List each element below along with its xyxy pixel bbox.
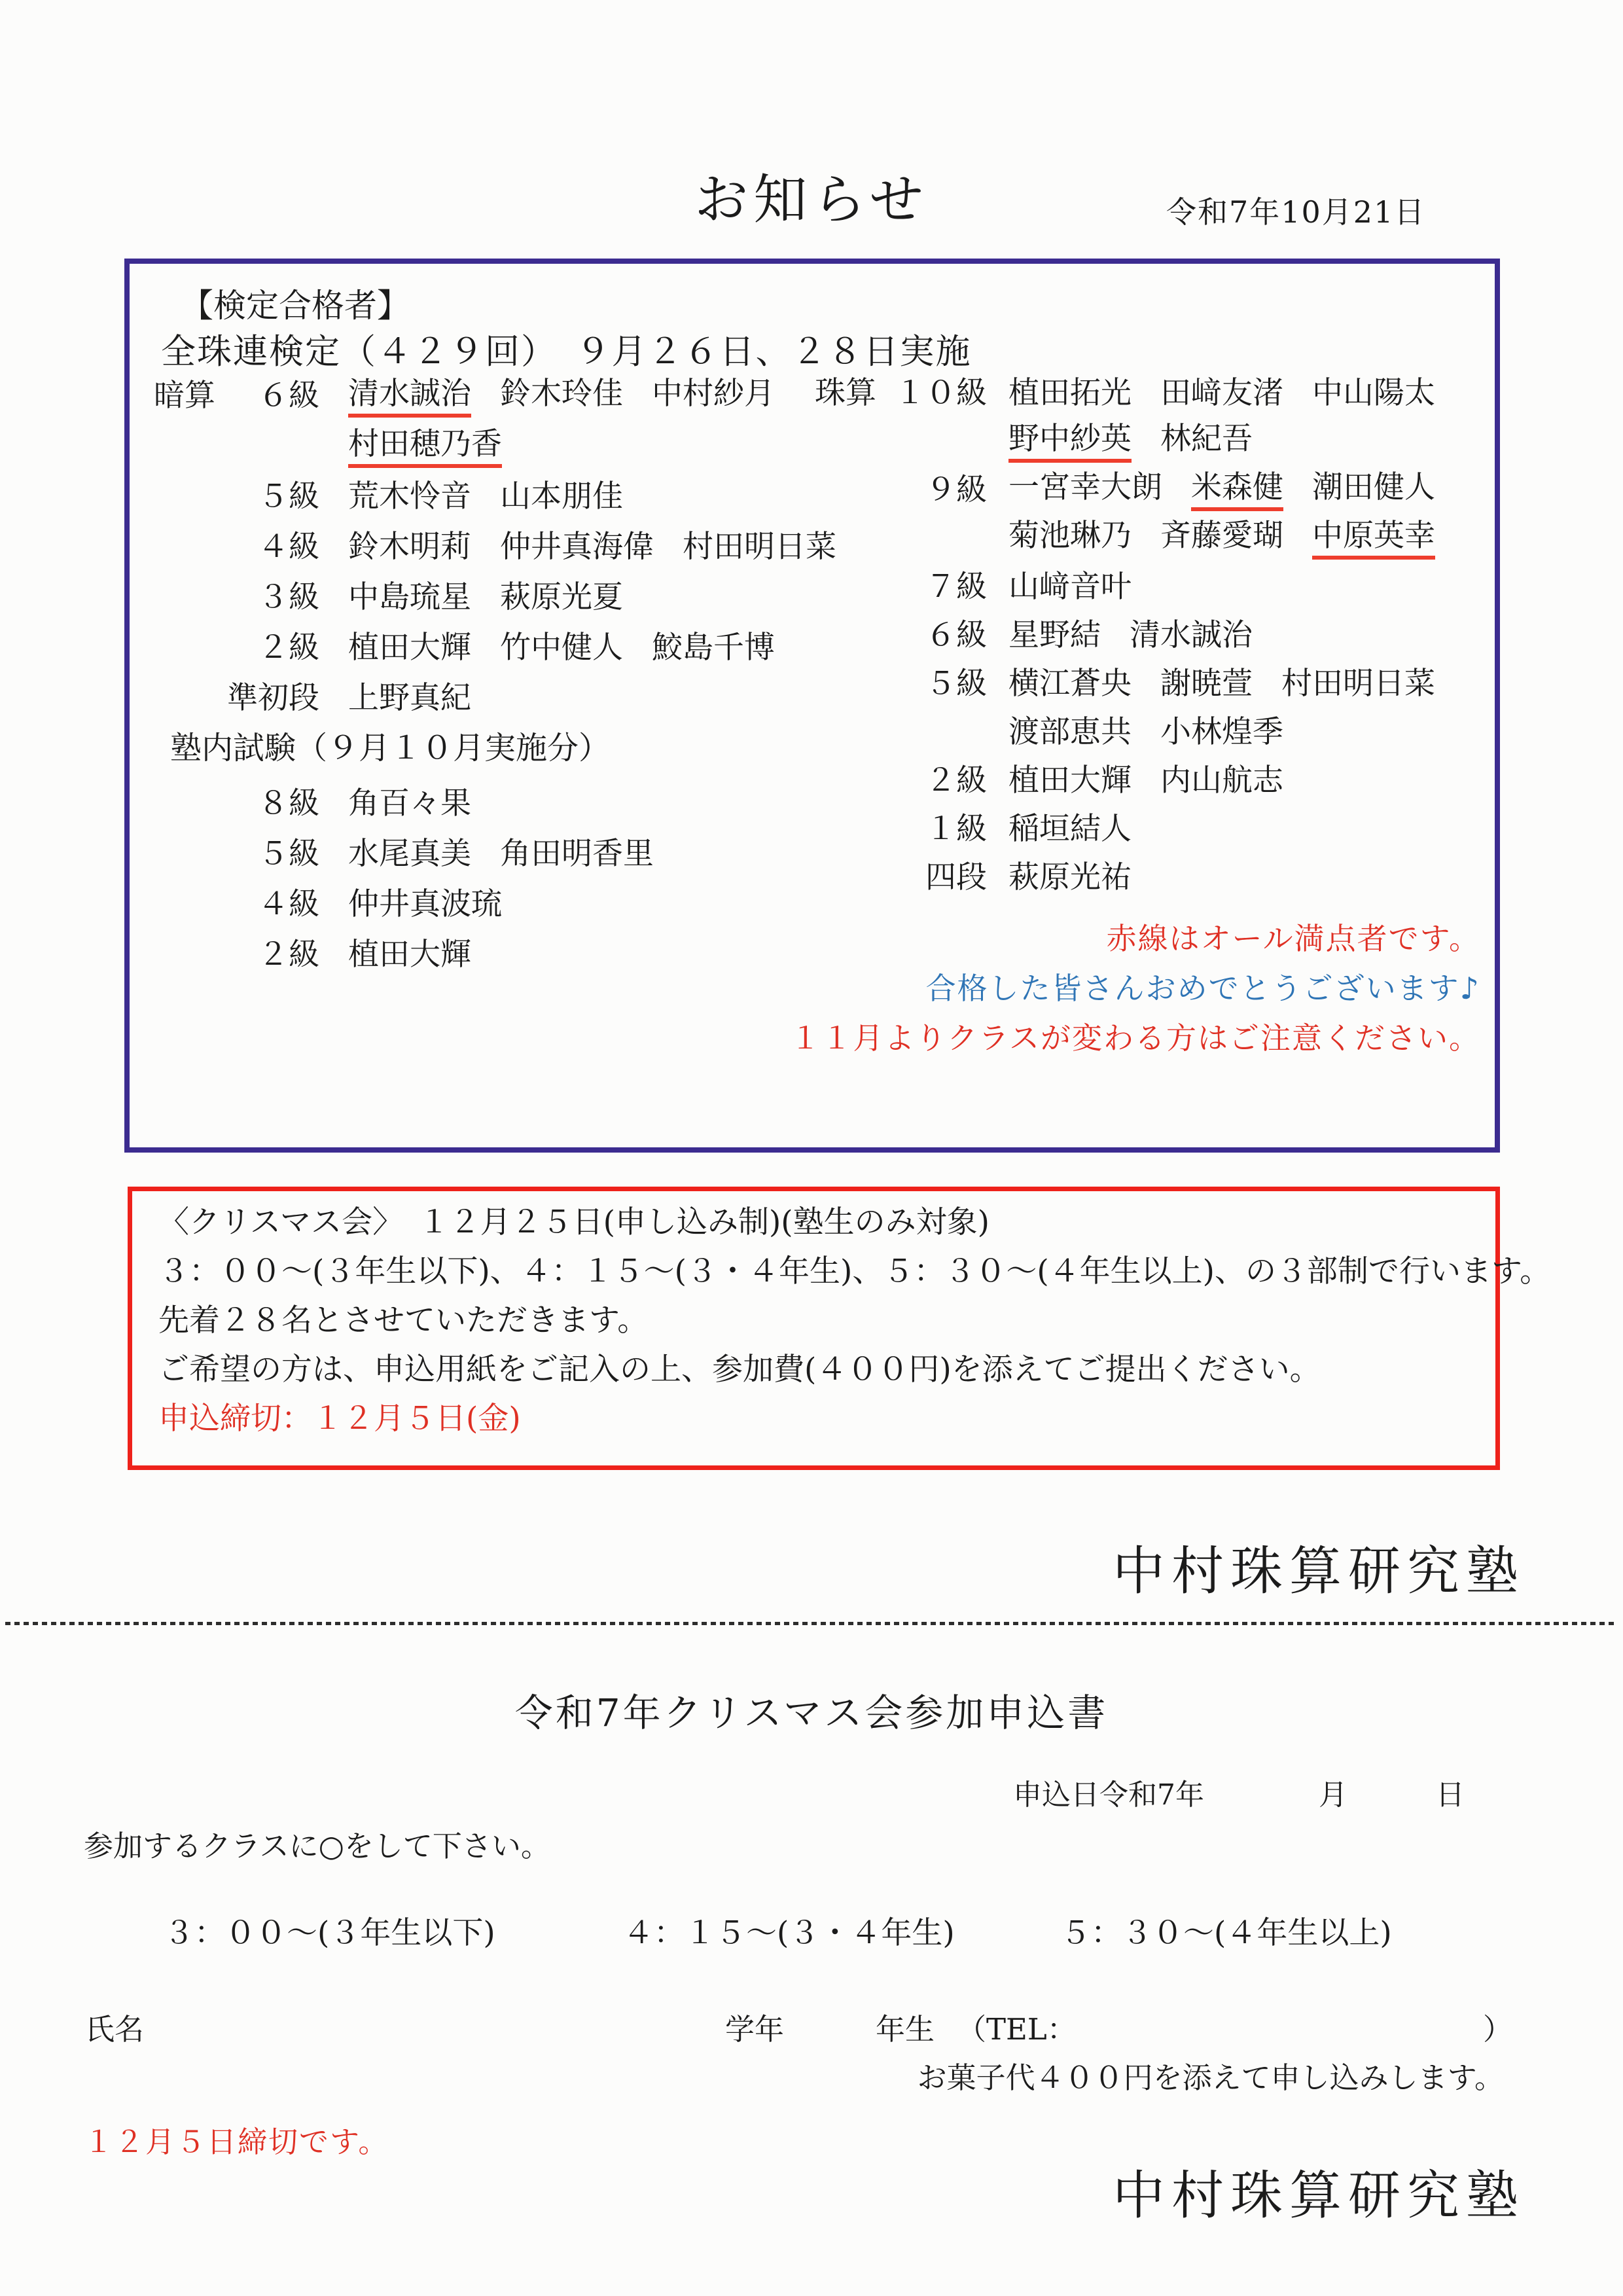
juku-exam-heading: 塾内試験（９月１０月実施分） <box>154 721 815 776</box>
grade-label: ２級 <box>258 623 319 667</box>
result-row: ４級 仲井真波琉 <box>154 876 815 927</box>
grade-label: 準初段 <box>227 673 319 717</box>
result-row: ２級 植田大輝 <box>154 927 815 977</box>
month-label: 月 <box>1319 1778 1347 1812</box>
anzan-column: 暗算 ６級 清水誠治 鈴木玲佳 中村紗月 村田穂乃香 <box>154 368 815 977</box>
student-name: 内山航志 <box>1160 756 1283 800</box>
student-name: 水尾真美 <box>348 829 471 873</box>
result-row: ２級 植田大輝 内山航志 <box>815 753 1495 802</box>
student-name: 仲井真海偉 <box>500 522 654 566</box>
notice-date: 令和7年10月21日 <box>1166 188 1425 232</box>
christmas-party-box: 〈クリスマス会〉 １２月２５日(申し込み制)(塾生のみ対象) ３：００～(３年生… <box>128 1187 1500 1470</box>
result-row: ６級 星野結 清水誠治 <box>815 608 1495 656</box>
result-row: 野中紗英 林紀吾 <box>815 414 1495 463</box>
grade-label: ２級 <box>258 930 319 974</box>
student-name: 植田大輝 <box>348 930 471 974</box>
grade-label: ２級 <box>925 756 987 800</box>
grade-label: ６級 <box>258 371 319 415</box>
result-row: ７級 山﨑音叶 <box>815 560 1495 608</box>
grade-label: ３級 <box>258 573 319 617</box>
result-row: ２級 植田大輝 竹中健人 鮫島千博 <box>154 620 815 670</box>
result-row: ５級 水尾真美 角田明香里 <box>154 826 815 876</box>
result-row: 暗算 ６級 清水誠治 鈴木玲佳 中村紗月 <box>154 368 815 418</box>
result-row: ３級 中島琉星 萩原光夏 <box>154 569 815 620</box>
student-name: 山﨑音叶 <box>1008 562 1132 606</box>
result-row: 渡部恵共 小林煌季 <box>815 705 1495 753</box>
result-row: 四段 萩原光祐 <box>815 850 1495 899</box>
christmas-schedule-line: ３：００～(３年生以下)、４：１５～(３・４年生)、５：３０～(４年生以上)、の… <box>158 1247 1495 1296</box>
result-row: ９級 一宮幸大朗 米森健 潮田健人 <box>815 463 1495 511</box>
school-grade-label: 学年 <box>725 2005 784 2048</box>
grade-label: ４級 <box>258 522 319 566</box>
grade-label: ７級 <box>925 562 987 606</box>
cut-line-divider <box>5 1622 1618 1625</box>
school-name-bottom: 中村珠算研究塾 <box>1113 2153 1525 2229</box>
apply-date-row: 申込日令和7年月日 <box>1013 1771 1465 1813</box>
student-name: 植田大輝 <box>1008 756 1132 800</box>
student-name: 角田明香里 <box>500 829 654 873</box>
student-name: 山本朋佳 <box>500 472 623 516</box>
student-name: 角百々果 <box>348 779 471 823</box>
christmas-capacity-line: 先着２８名とさせていただきます。 <box>158 1296 1495 1345</box>
result-row: 珠算 １０級 植田拓光 田﨑友渚 中山陽太 <box>815 366 1495 414</box>
scanned-notice-page: お知らせ 令和7年10月21日 【検定合格者】 全珠連検定（４２９回） ９月２６… <box>0 0 1623 2296</box>
student-name: 清水誠治 <box>348 369 471 418</box>
tel-close-paren: ） <box>1483 2005 1512 2048</box>
grade-label: １級 <box>925 804 987 848</box>
christmas-deadline-line: 申込締切：１２月５日(金) <box>158 1394 1495 1443</box>
legend-caution-note: １１月よりクラスが変わる方はご注意ください。 <box>790 1014 1480 1058</box>
student-name: 荒木怜音 <box>348 472 471 516</box>
student-name: 鮫島千博 <box>652 623 775 667</box>
student-name: 斉藤愛瑚 <box>1160 511 1283 560</box>
student-name: 仲井真波琉 <box>348 880 502 924</box>
student-name: 上野真紀 <box>348 673 471 717</box>
student-name: 萩原光祐 <box>1008 853 1132 897</box>
student-name: 中原英幸 <box>1312 511 1435 560</box>
grade-label: １０級 <box>895 368 987 412</box>
grade-label: ５級 <box>258 829 319 873</box>
result-row: ８級 角百々果 <box>154 776 815 826</box>
form-title: 令和7年クリスマス会参加申込書 <box>0 1682 1623 1737</box>
result-row: ５級 横江蒼央 謝暁萱 村田明日菜 <box>815 656 1495 705</box>
exam-heading: 【検定合格者】 <box>181 279 410 327</box>
grade-label: ９級 <box>925 465 987 509</box>
grade-label: ８級 <box>258 779 319 823</box>
student-name: 小林煌季 <box>1160 708 1283 751</box>
student-name: 菊池琳乃 <box>1008 511 1132 560</box>
result-row: ４級 鈴木明莉 仲井真海偉 村田明日菜 <box>154 519 815 569</box>
student-name: 中島琉星 <box>348 573 471 617</box>
result-row: ５級 荒木怜音 山本朋佳 <box>154 469 815 519</box>
student-name: 横江蒼央 <box>1008 659 1132 703</box>
student-name: 中村紗月 <box>652 369 775 418</box>
student-name: 星野結 <box>1008 611 1101 655</box>
student-name: 中山陽太 <box>1312 368 1435 412</box>
student-name: 野中紗英 <box>1008 414 1132 463</box>
christmas-title-line: 〈クリスマス会〉 １２月２５日(申し込み制)(塾生のみ対象) <box>158 1198 1495 1247</box>
legend-congrats-note: 合格した皆さんおめでとうございます♪ <box>926 965 1480 1008</box>
student-name: 謝暁萱 <box>1160 659 1253 703</box>
student-name: 村田明日菜 <box>1281 659 1435 703</box>
fee-note: お菓子代４００円を添えて申し込みします。 <box>918 2054 1504 2096</box>
class-option-1: ３：００～(３年生以下) <box>164 1909 495 1952</box>
christmas-fee-line: ご希望の方は、申込用紙をご記入の上、参加費(４００円)を添えてご提出ください。 <box>158 1345 1495 1394</box>
grade-suffix-label: 年生 <box>876 2005 935 2048</box>
student-name: 萩原光夏 <box>500 573 623 617</box>
result-row: 村田穂乃香 <box>154 418 815 469</box>
school-name: 中村珠算研究塾 <box>1113 1529 1525 1604</box>
grade-label: ４級 <box>258 880 319 924</box>
section-label: 珠算 <box>815 368 876 412</box>
student-name: 米森健 <box>1191 463 1283 511</box>
exam-results-box: 【検定合格者】 全珠連検定（４２９回） ９月２６日、２８日実施 暗算 ６級 清水… <box>124 259 1500 1153</box>
grade-label: ５級 <box>258 472 319 516</box>
student-name: 村田穂乃香 <box>348 420 502 468</box>
day-label: 日 <box>1436 1778 1465 1812</box>
class-option-3: ５：３０～(４年生以上) <box>1060 1909 1392 1952</box>
student-name: 渡部恵共 <box>1008 708 1132 751</box>
student-name: 稲垣結人 <box>1008 804 1132 848</box>
form-deadline-note: １２月５日締切です。 <box>84 2118 389 2161</box>
name-field-label: 氏名 <box>85 2005 144 2048</box>
apply-date-label: 申込日令和7年 <box>1013 1778 1204 1812</box>
student-name: 竹中健人 <box>500 623 623 667</box>
grade-label: ５級 <box>925 659 987 703</box>
legend-red-note: 赤線はオール満点者です。 <box>1107 915 1480 958</box>
student-name: 鈴木明莉 <box>348 522 471 566</box>
student-name: 植田大輝 <box>348 623 471 667</box>
student-name: 鈴木玲佳 <box>500 369 623 418</box>
shuzan-column: 珠算 １０級 植田拓光 田﨑友渚 中山陽太 野中紗英 林紀吾 <box>815 366 1495 899</box>
student-name: 清水誠治 <box>1130 611 1253 655</box>
student-name: 田﨑友渚 <box>1160 368 1283 412</box>
grade-label: 四段 <box>925 853 987 897</box>
grade-label: ６級 <box>925 611 987 655</box>
result-row: １級 稲垣結人 <box>815 802 1495 850</box>
tel-label: （TEL： <box>957 2005 1077 2048</box>
student-name: 一宮幸大朗 <box>1008 463 1162 511</box>
student-name: 村田明日菜 <box>683 522 836 566</box>
result-row: 準初段 上野真紀 <box>154 670 815 721</box>
section-label: 暗算 <box>154 371 215 415</box>
form-instruction: 参加するクラスに○をして下さい。 <box>84 1822 550 1865</box>
student-name: 林紀吾 <box>1160 414 1253 463</box>
student-name: 潮田健人 <box>1312 463 1435 511</box>
student-name: 植田拓光 <box>1008 368 1132 412</box>
result-row: 菊池琳乃 斉藤愛瑚 中原英幸 <box>815 511 1495 560</box>
class-option-2: ４：１５～(３・４年生) <box>623 1909 955 1952</box>
